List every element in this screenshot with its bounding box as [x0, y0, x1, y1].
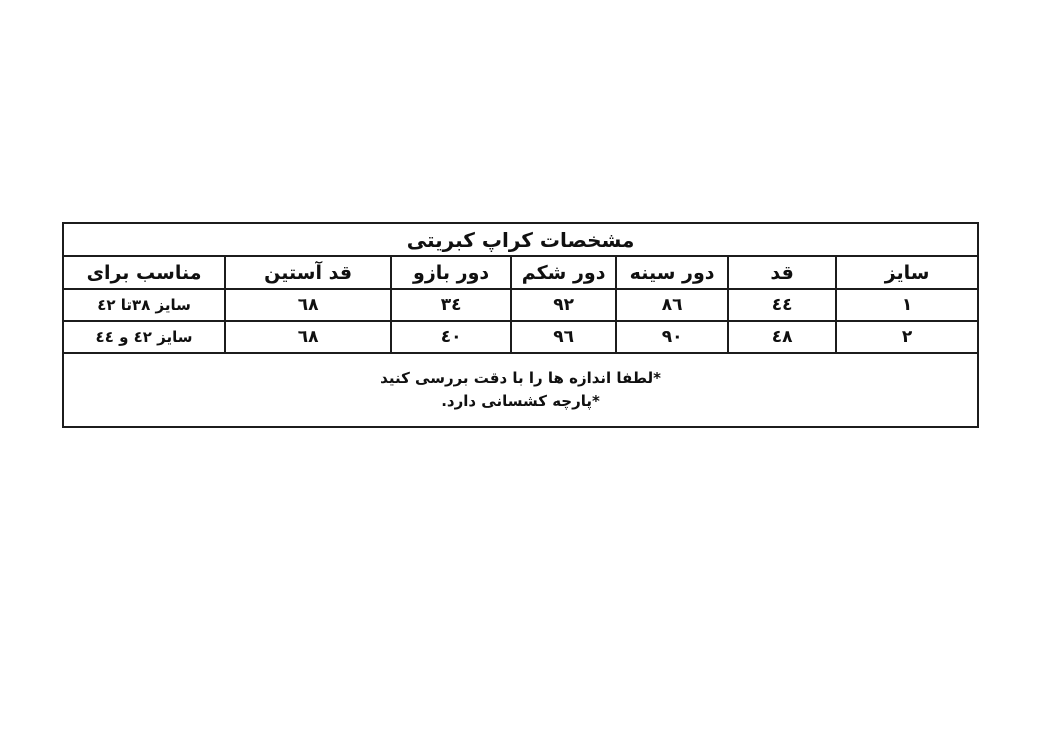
column-header-belly: دور شکم — [511, 256, 616, 289]
size-chart-table: مشخصات کراپ کبریتی سایز قد دور سینه دور … — [62, 222, 979, 428]
notes-cell: *لطفا اندازه ها را با دقت بررسی کنید *پا… — [63, 353, 978, 427]
table-cell: ٤٤ — [728, 289, 836, 321]
table-cell: ٨٦ — [616, 289, 728, 321]
table-cell: ٤٠ — [391, 321, 511, 353]
table-cell: ٣٤ — [391, 289, 511, 321]
column-header-size: سایز — [836, 256, 978, 289]
table-cell: ٦٨ — [225, 321, 391, 353]
table-row: ٢ ٤٨ ٩٠ ٩٦ ٤٠ ٦٨ سایز ٤٢ و ٤٤ — [63, 321, 978, 353]
note-fabric-stretch: *پارچه کشسانی دارد. — [64, 390, 977, 413]
column-header-length: قد — [728, 256, 836, 289]
page: { "page": { "background": "#ffffff" }, "… — [0, 0, 1043, 743]
table-cell: ٢ — [836, 321, 978, 353]
column-header-sleeve-length: قد آستین — [225, 256, 391, 289]
header-row: سایز قد دور سینه دور شکم دور بازو قد آست… — [63, 256, 978, 289]
table-cell: ٩٦ — [511, 321, 616, 353]
table-cell: ٩٢ — [511, 289, 616, 321]
title-row: مشخصات کراپ کبریتی — [63, 223, 978, 256]
column-header-arm: دور بازو — [391, 256, 511, 289]
table-cell: سایز ٤٢ و ٤٤ — [63, 321, 225, 353]
note-check-sizes: *لطفا اندازه ها را با دقت بررسی کنید — [64, 367, 977, 390]
table-row: ١ ٤٤ ٨٦ ٩٢ ٣٤ ٦٨ سایز ٣٨تا ٤٢ — [63, 289, 978, 321]
table-cell: ٦٨ — [225, 289, 391, 321]
notes-row: *لطفا اندازه ها را با دقت بررسی کنید *پا… — [63, 353, 978, 427]
table-cell: ٤٨ — [728, 321, 836, 353]
table-cell: ١ — [836, 289, 978, 321]
table-cell: ٩٠ — [616, 321, 728, 353]
table-title: مشخصات کراپ کبریتی — [63, 223, 978, 256]
column-header-chest: دور سینه — [616, 256, 728, 289]
column-header-fits: مناسب برای — [63, 256, 225, 289]
table-cell: سایز ٣٨تا ٤٢ — [63, 289, 225, 321]
